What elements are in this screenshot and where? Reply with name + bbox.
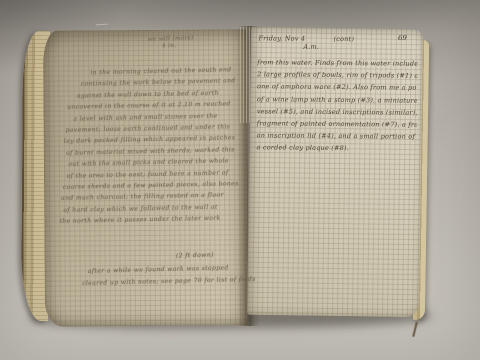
right-page-handwriting: Friday, Nov 4 (cont) A.m. from this wate…: [256, 32, 417, 155]
entry-date: Friday, Nov 4: [258, 32, 305, 45]
left-page-handwriting: in the morning cleared out the south end…: [56, 64, 245, 228]
entry-body: from this water. Finds from this water i…: [256, 56, 417, 155]
left-page-top-note: we will (more) 4 in.: [148, 35, 194, 49]
handwriting-line: we will (more): [148, 35, 194, 42]
handwriting-line: 4 in.: [162, 42, 194, 49]
left-page-closing: after a while we found work was stopped …: [88, 262, 239, 289]
handwriting-line: of a wine lamp with a stamp (#3), a mini…: [257, 93, 417, 107]
left-page-depth-note: (2 ft down): [176, 252, 214, 260]
entry-header: Friday, Nov 4 (cont) A.m.: [257, 32, 417, 53]
surface-faint-scratch: [96, 24, 108, 26]
entry-time: A.m.: [303, 41, 319, 53]
handwriting-line: one of amphora ware (#2). Also from me a…: [257, 81, 417, 95]
entry-cont-note: (cont): [333, 33, 354, 45]
surface-scratch-mark: [412, 322, 418, 337]
handwriting-line: a corded clay plaque (#8).: [256, 142, 416, 156]
notebook-photo: we will (more) 4 in. in the morning clea…: [0, 0, 480, 360]
page-number: 69: [398, 34, 407, 42]
